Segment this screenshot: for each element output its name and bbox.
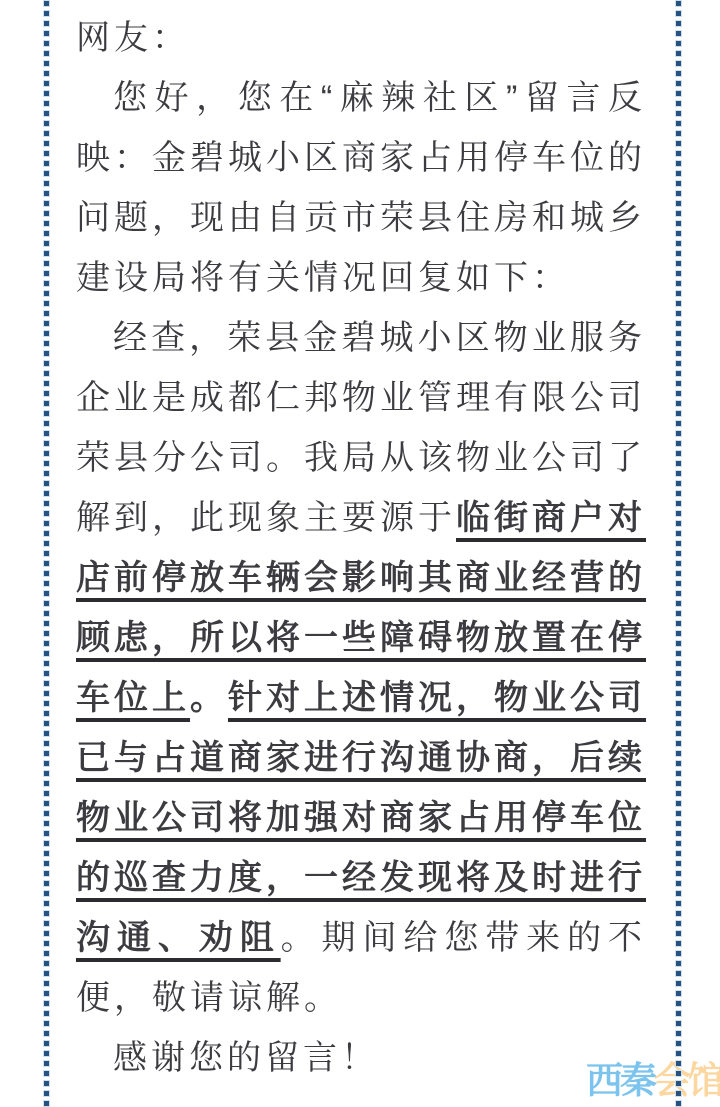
body-text-run: 。 <box>190 679 228 717</box>
left-dotted-border <box>43 0 50 1107</box>
intro-text: 您好，您在“麻辣社区”留言反映：金碧城小区商家占用停车位的问题，现由自贡市荣县住… <box>76 79 646 297</box>
right-dotted-border <box>675 0 682 1107</box>
watermark-segment-huiguan: 会馆 <box>654 1060 720 1101</box>
body-text-run: 针对上述情况，物业公司已与占道商家进行沟通协商，后续物业公司将加强对商家占用停车… <box>76 679 646 957</box>
salutation-text: 网友： <box>76 19 190 57</box>
reply-letter: 网友： 您好，您在“麻辣社区”留言反映：金碧城小区商家占用停车位的问题，现由自贡… <box>76 8 646 1088</box>
paragraph-intro: 您好，您在“麻辣社区”留言反映：金碧城小区商家占用停车位的问题，现由自贡市荣县住… <box>76 68 646 308</box>
paragraph-closing: 感谢您的留言！ <box>76 1028 646 1088</box>
paragraph-body: 经查，荣县金碧城小区物业服务企业是成都仁邦物业管理有限公司荣县分公司。我局从该物… <box>76 308 646 1028</box>
page-frame: 网友： 您好，您在“麻辣社区”留言反映：金碧城小区商家占用停车位的问题，现由自贡… <box>0 0 720 1107</box>
closing-text: 感谢您的留言！ <box>113 1039 379 1077</box>
salutation: 网友： <box>76 8 646 68</box>
